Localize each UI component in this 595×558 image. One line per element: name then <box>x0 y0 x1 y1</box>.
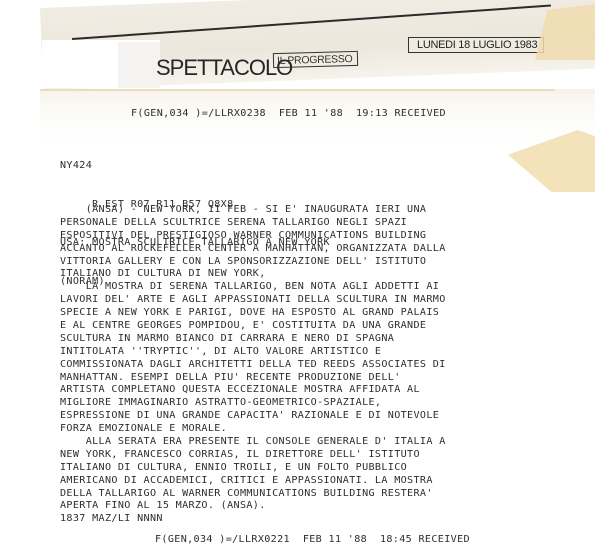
newspaper-name: IL PROGRESSO <box>273 51 359 68</box>
body-line: 1837 MAZ/LI NNNN <box>60 513 446 526</box>
body-line: ITALIANO DI CULTURA, ENNIO TROILI, E UN … <box>60 462 446 475</box>
received-header: F(GEN,034 )=/LLRX0238 FEB 11 '88 19:13 R… <box>131 108 446 121</box>
body-line: (ANSA) - NEW YORK, 11 FEB - SI E' INAUGU… <box>60 204 446 217</box>
body-line: ESPRESSIONE DI UNA GRANDE CAPACITA' RAZI… <box>60 410 446 423</box>
body-line: LA MOSTRA DI SERENA TALLARIGO, BEN NOTA … <box>60 281 446 294</box>
body-line: PERSONALE DELLA SCULTRICE SERENA TALLARI… <box>60 217 446 230</box>
body-line: MIGLIORE IMMAGINARIO ASTRATTO-GEOMETRICO… <box>60 397 446 410</box>
body-line: APERTA FINO AL 15 MARZO. (ANSA). <box>60 500 446 513</box>
header-line: NY424 <box>60 160 330 173</box>
body-line: COMMISSIONATA DAGLI ARCHITETTI DELLA TED… <box>60 359 446 372</box>
body-line: VITTORIA GALLERY E CON LA SPONSORIZZAZIO… <box>60 256 446 269</box>
paper-patch <box>118 42 160 88</box>
body-line: LAVORI DEL' ARTE E AGLI APPASSIONATI DEL… <box>60 294 446 307</box>
body-line: ACCANTO AL ROCKEFELLER CENTER A MANHATTA… <box>60 243 446 256</box>
body-line: MANHATTAN. ESEMPI DELLA PIU' RECENTE PRO… <box>60 372 446 385</box>
body-line: DELLA TALLARIGO AL WARNER COMMUNICATIONS… <box>60 488 446 501</box>
body-line: FORZA EMOZIONALE E MORALE. <box>60 423 446 436</box>
body-line: SCULTURA IN MARMO BIANCO DI CARRARA E NE… <box>60 333 446 346</box>
telex-body: (ANSA) - NEW YORK, 11 FEB - SI E' INAUGU… <box>60 204 446 526</box>
body-line: ALLA SERATA ERA PRESENTE IL CONSOLE GENE… <box>60 436 446 449</box>
body-line: AMERICANO DI ACCADEMICI, CRITICI E APPAS… <box>60 475 446 488</box>
body-line: ARTISTA COMPLETANO QUESTA ECCEZIONALE MO… <box>60 384 446 397</box>
received-footer: F(GEN,034 )=/LLRX0221 FEB 11 '88 18:45 R… <box>155 534 470 547</box>
sheet-edge <box>40 89 555 91</box>
body-line: ESPOSITIVI DEL PRESTIGIOSO WARNER COMMUN… <box>60 230 446 243</box>
body-line: ITALIANO DI CULTURA DI NEW YORK, <box>60 268 446 281</box>
clipping-date: LUNEDI 18 LUGLIO 1983 <box>408 37 544 53</box>
section-title: SPETTACOLO <box>156 55 292 81</box>
body-line: INTITOLATA ''TRYPTIC'', DI ALTO VALORE A… <box>60 346 446 359</box>
body-line: NEW YORK, FRANCESCO CORRIAS, IL DIRETTOR… <box>60 449 446 462</box>
body-line: E AL CENTRE GEORGES POMPIDOU, E' COSTITU… <box>60 320 446 333</box>
body-line: SPECIE A NEW YORK E PARIGI, DOVE HA ESPO… <box>60 307 446 320</box>
